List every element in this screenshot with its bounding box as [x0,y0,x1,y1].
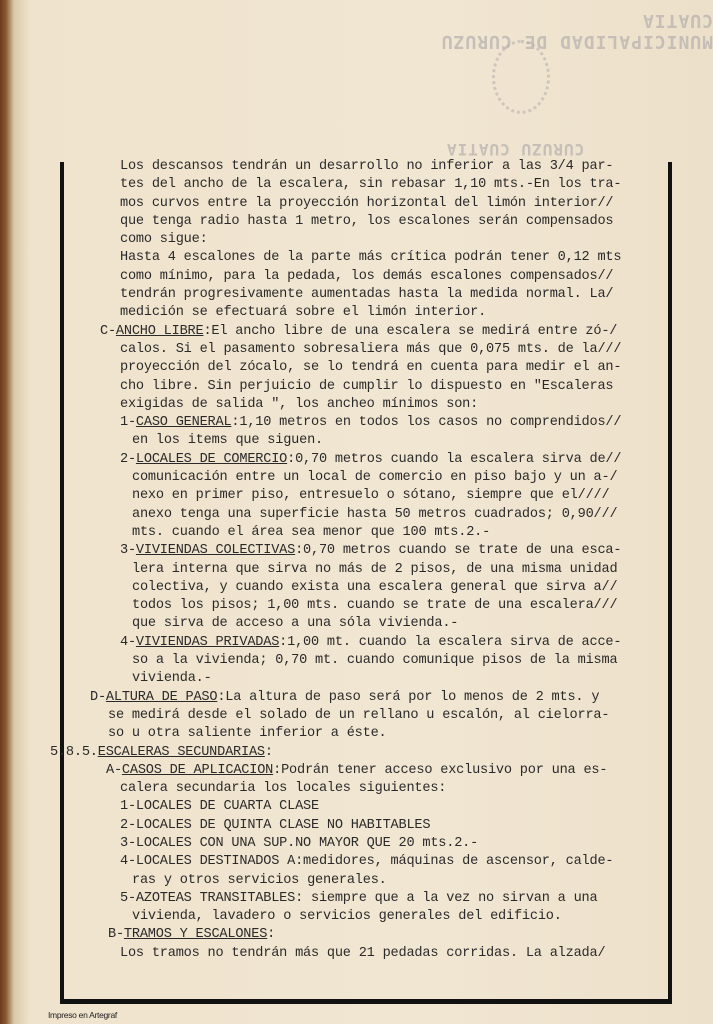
section-heading: ESCALERAS SECUNDARIAS [98,745,265,760]
text-line: calera secundaria los locales siguientes… [50,780,670,798]
municipal-seal-icon [492,40,550,114]
text-line: colectiva, y cuando exista una escalera … [50,579,670,597]
text-line: vivienda, lavadero o servicios generales… [50,908,670,926]
text-run: nexo en primer piso, entresuelo o sótano… [132,488,609,503]
text-run: se medirá desde el solado de un rellano … [108,708,609,723]
text-run: 4- [120,635,136,650]
text-line: Los tramos no tendrán más que 21 pedadas… [50,945,670,963]
text-run: Los descansos tendrán un desarrollo no i… [120,159,613,174]
text-line: proyección del zócalo, se lo tendrá en c… [50,359,670,377]
section-heading: CASOS DE APLICACION [122,763,273,778]
text-line: Los descansos tendrán un desarrollo no i… [50,158,670,176]
text-run: 4-LOCALES DESTINADOS A:medidores, máquin… [120,854,613,869]
text-line: lera interna que sirva no más de 2 pisos… [50,561,670,579]
text-line: exigidas de salida ", los ancheo mínimos… [50,396,670,414]
text-line: tes del ancho de la escalera, sin rebasa… [50,176,670,194]
text-line: nexo en primer piso, entresuelo o sótano… [50,487,670,505]
text-line: 5-AZOTEAS TRANSITABLES: siempre que a la… [50,890,670,908]
text-line: calos. Si el pasamento sobresaliera más … [50,341,670,359]
text-run: colectiva, y cuando exista una escalera … [132,580,617,595]
text-line: como mínimo, para la pedada, los demás e… [50,268,670,286]
text-run: :El ancho libre de una escalera se medir… [203,324,617,339]
text-run: que sirva de acceso a una sóla vivienda.… [132,616,458,631]
text-run: vivienda.- [132,671,212,686]
text-line: 4-LOCALES DESTINADOS A:medidores, máquin… [50,853,670,871]
text-line: cho libre. Sin perjuicio de cumplir lo d… [50,378,670,396]
text-line: todos los pisos; 1,00 mts. cuando se tra… [50,597,670,615]
section-heading: ANCHO LIBRE [116,324,204,339]
text-run: vivienda, lavadero o servicios generales… [132,909,562,924]
text-run: so a la vivienda; 0,70 mt. cuando comuni… [132,653,617,668]
text-line: 3-LOCALES CON UNA SUP.NO MAYOR QUE 20 mt… [50,835,670,853]
text-run: ras y otros servicios generales. [132,873,387,888]
text-line: que sirva de acceso a una sóla vivienda.… [50,615,670,633]
text-run: Hasta 4 escalones de la parte más crític… [120,250,621,265]
municipal-stamp-header: MUNICIPALIDAD DE CURUZU CUATIA [400,10,713,52]
text-line: D-ALTURA DE PASO:La altura de paso será … [50,689,670,707]
text-line: B-TRAMOS Y ESCALONES: [50,926,670,944]
text-line: 1-CASO GENERAL:1,10 metros en todos los … [50,414,670,432]
text-line: 5.8.5.ESCALERAS SECUNDARIAS: [50,744,670,762]
section-heading: VIVIENDAS COLECTIVAS [136,543,295,558]
text-run: como mínimo, para la pedada, los demás e… [120,269,613,284]
text-line: mos curvos entre la proyección horizonta… [50,195,670,213]
text-line: medición se efectuará sobre el limón int… [50,304,670,322]
text-run: A- [106,763,122,778]
text-run: 5.8.5. [50,745,98,760]
section-heading: CASO GENERAL [136,415,232,430]
text-run: cho libre. Sin perjuicio de cumplir lo d… [120,379,613,394]
text-run: en los items que siguen. [132,433,323,448]
text-line: tendrán progresivamente aumentadas hasta… [50,286,670,304]
text-line: que tenga radio hasta 1 metro, los escal… [50,213,670,231]
text-run: exigidas de salida ", los ancheo mínimos… [120,397,478,412]
section-heading: TRAMOS Y ESCALONES [124,927,267,942]
text-line: so u otra saliente inferior a éste. [50,725,670,743]
section-heading: LOCALES DE COMERCIO [136,452,287,467]
text-run: B- [108,927,124,942]
text-run: Los tramos no tendrán más que 21 pedadas… [120,946,605,961]
text-run: :0,70 metros cuando se trate de una esca… [295,543,621,558]
text-run: :1,00 mt. cuando la escalera sirva de ac… [279,635,621,650]
text-line: comunicación entre un local de comercio … [50,469,670,487]
text-run: mts. cuando el área sea menor que 100 mt… [132,525,490,540]
text-line: 1-LOCALES DE CUARTA CLASE [50,798,670,816]
text-line: 4-VIVIENDAS PRIVADAS:1,00 mt. cuando la … [50,634,670,652]
section-heading: VIVIENDAS PRIVADAS [136,635,279,650]
text-run: todos los pisos; 1,00 mts. cuando se tra… [132,598,617,613]
text-run: D- [90,690,106,705]
text-run: como sigue: [120,232,208,247]
text-run: calos. Si el pasamento sobresaliera más … [120,342,621,357]
text-run: lera interna que sirva no más de 2 pisos… [132,562,617,577]
text-line: C-ANCHO LIBRE:El ancho libre de una esca… [50,323,670,341]
text-run: proyección del zócalo, se lo tendrá en c… [120,360,621,375]
text-line: Hasta 4 escalones de la parte más crític… [50,249,670,267]
text-line: ras y otros servicios generales. [50,872,670,890]
text-line: vivienda.- [50,670,670,688]
text-run: : [267,927,275,942]
text-line: 3-VIVIENDAS COLECTIVAS:0,70 metros cuand… [50,542,670,560]
text-run: 1- [120,415,136,430]
text-run: :0,70 metros cuando la escalera sirva de… [287,452,621,467]
text-line: como sigue: [50,231,670,249]
text-run: :Podrán tener acceso exclusivo por una e… [273,763,607,778]
text-run: tes del ancho de la escalera, sin rebasa… [120,177,621,192]
section-heading: ALTURA DE PASO [106,690,217,705]
text-run: 2-LOCALES DE QUINTA CLASE NO HABITABLES [120,818,430,833]
text-run: :La altura de paso será por lo menos de … [217,690,599,705]
text-run: mos curvos entre la proyección horizonta… [120,196,613,211]
text-run: medición se efectuará sobre el limón int… [120,305,486,320]
text-run: 1-LOCALES DE CUARTA CLASE [120,799,319,814]
text-run: 3-LOCALES CON UNA SUP.NO MAYOR QUE 20 mt… [120,836,478,851]
text-run: que tenga radio hasta 1 metro, los escal… [120,214,613,229]
text-line: 2-LOCALES DE COMERCIO:0,70 metros cuando… [50,451,670,469]
text-line: so a la vivienda; 0,70 mt. cuando comuni… [50,652,670,670]
text-run: : [265,745,273,760]
text-run: tendrán progresivamente aumentadas hasta… [120,287,613,302]
text-run: 5-AZOTEAS TRANSITABLES: siempre que a la… [120,891,597,906]
text-run: calera secundaria los locales siguientes… [120,781,446,796]
text-run: so u otra saliente inferior a éste. [108,726,387,741]
text-line: en los items que siguen. [50,432,670,450]
text-line: se medirá desde el solado de un rellano … [50,707,670,725]
text-run: 3- [120,543,136,558]
text-run: :1,10 metros en todos los casos no compr… [231,415,621,430]
municipal-stamp-city: CURUZU CUATIA [446,140,584,159]
text-line: A-CASOS DE APLICACION:Podrán tener acces… [50,762,670,780]
text-run: C- [100,324,116,339]
text-run: 2- [120,452,136,467]
text-line: mts. cuando el área sea menor que 100 mt… [50,524,670,542]
text-line: 2-LOCALES DE QUINTA CLASE NO HABITABLES [50,817,670,835]
text-run: comunicación entre un local de comercio … [132,470,617,485]
printer-credit: Impreso en Artegraf [48,1010,117,1020]
text-run: anexo tenga una superficie hasta 50 metr… [132,507,617,522]
text-line: anexo tenga una superficie hasta 50 metr… [50,506,670,524]
typed-document-body: Los descansos tendrán un desarrollo no i… [50,158,670,963]
